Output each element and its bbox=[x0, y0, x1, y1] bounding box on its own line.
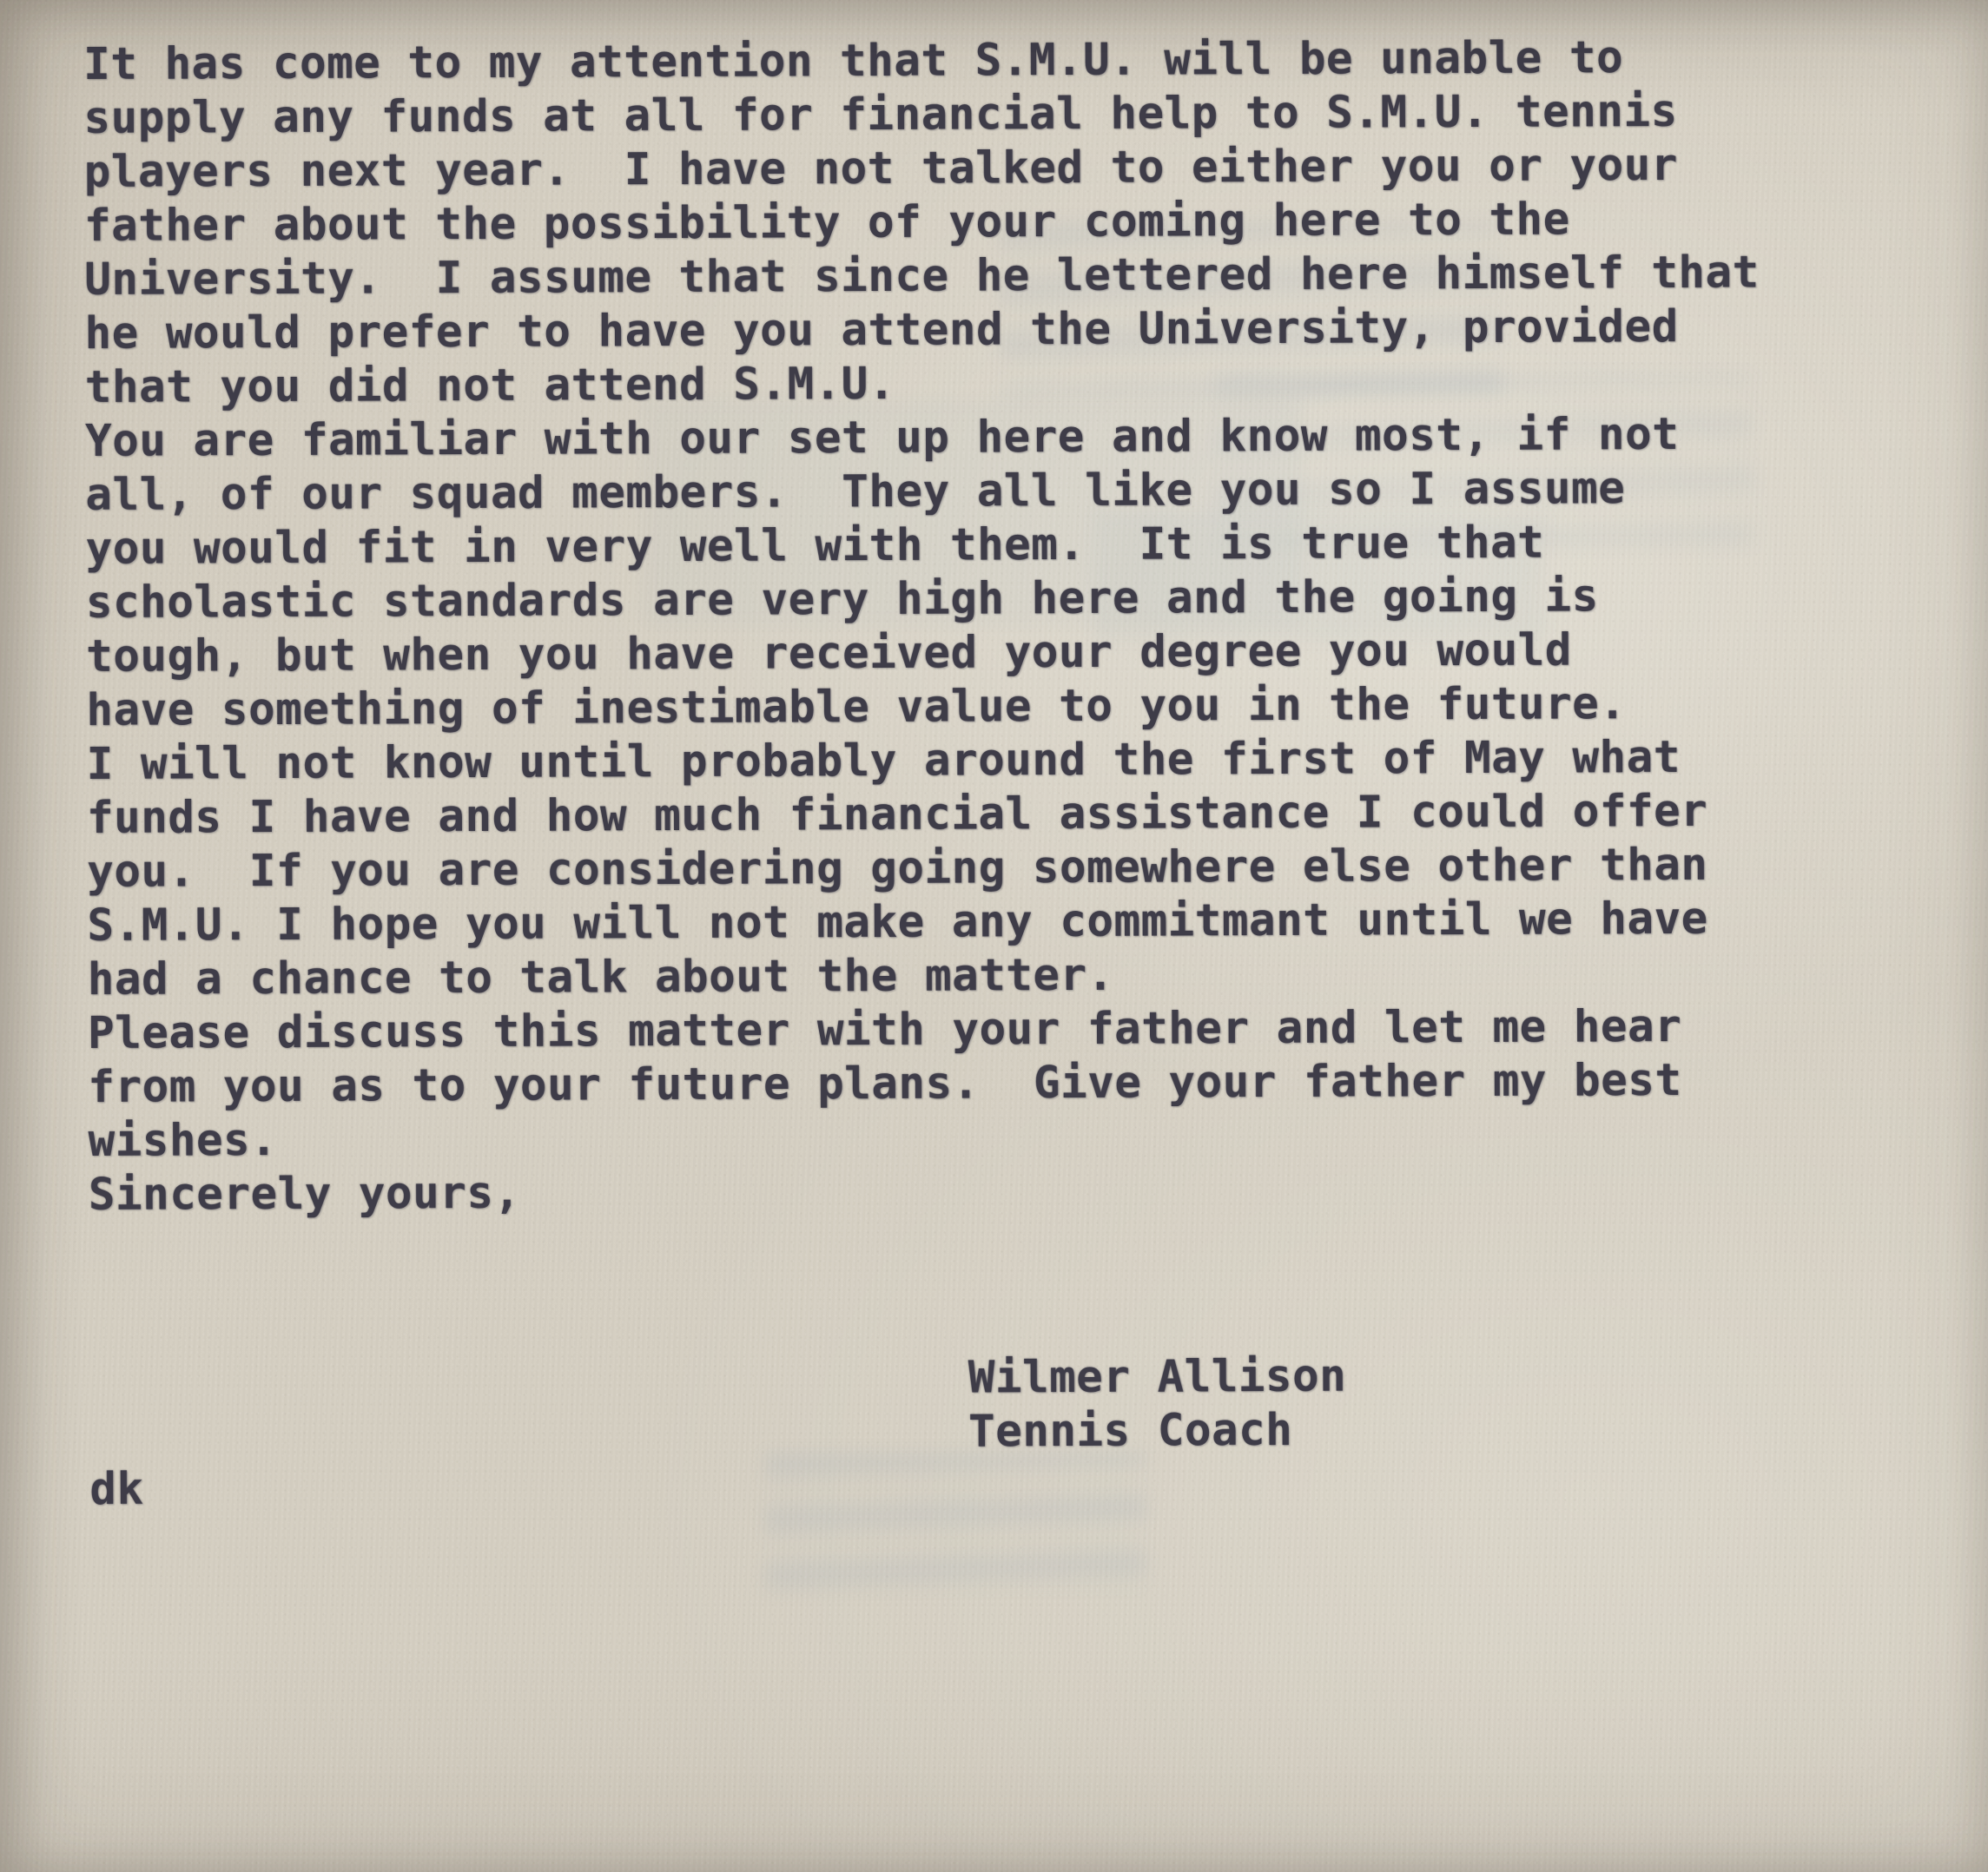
letter-paragraph-4: Please discuss this matter with your fat… bbox=[88, 999, 1869, 1169]
letter-paragraph-3: I will not know until probably around th… bbox=[87, 730, 1868, 1007]
signature-name: Wilmer Allison bbox=[968, 1348, 1870, 1406]
closing-line: Sincerely yours, bbox=[89, 1161, 1869, 1223]
signature-title: Tennis Coach bbox=[968, 1401, 1870, 1460]
letter-paragraph-1: It has come to my attention that S.M.U. … bbox=[83, 30, 1866, 415]
signature-block: Wilmer Allison Tennis Coach bbox=[968, 1348, 1871, 1460]
typist-initials: dk bbox=[89, 1455, 1870, 1517]
letter-photo: It has come to my attention that S.M.U. … bbox=[0, 0, 1988, 1872]
letter-paragraph-2: You are familiar with our set up here an… bbox=[85, 407, 1867, 738]
letter-content: It has come to my attention that S.M.U. … bbox=[83, 30, 1870, 1517]
